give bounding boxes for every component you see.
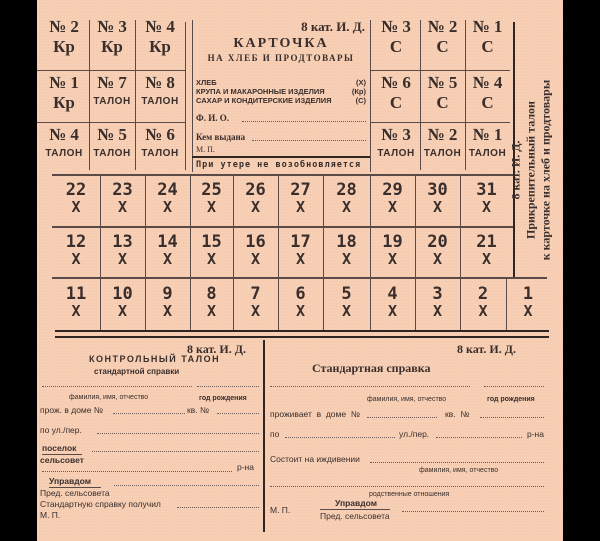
fio-label: Ф. И. О. — [196, 113, 229, 123]
day-coupon-18: 18Х — [323, 228, 370, 267]
day-coupon-17: 17Х — [278, 228, 323, 267]
day-coupon-25: 25Х — [190, 176, 233, 215]
product-legend: ХЛЕБ(Х) КРУПА И МАКАРОННЫЕ ИЗДЕЛИЯ(Кр) С… — [196, 78, 366, 105]
day-coupon-24: 24Х — [145, 176, 190, 215]
certificate-place-field[interactable] — [285, 437, 395, 438]
attachment-stub-line1: Прикрепительный талон — [524, 80, 539, 260]
day-coupon-8: 8Х — [190, 280, 233, 319]
day-coupon-11: 11Х — [52, 280, 100, 319]
certificate-signature-field[interactable] — [402, 511, 544, 512]
certificate-dependent-caption: фамилия, имя, отчество — [419, 467, 498, 474]
coupon-talon-2-right: № 2ТАЛОН — [420, 122, 465, 159]
coupon-kr-1: № 1Кр — [39, 70, 89, 111]
control-fio-caption: фамилия, имя, отчество — [69, 394, 148, 401]
day-coupon-30: 30Х — [415, 176, 460, 215]
day-coupon-20: 20Х — [415, 228, 460, 267]
control-stub-title: КОНТРОЛЬНЫЙ ТАЛОН — [89, 354, 220, 364]
control-stub-subtitle: стандартной справки — [94, 367, 179, 376]
day-coupon-21: 21Х — [460, 228, 513, 267]
day-coupon-16: 16Х — [233, 228, 278, 267]
coupon-s-3: № 3С — [373, 14, 419, 55]
certificate-apt-field[interactable] — [480, 417, 544, 418]
certificate-title: Стандартная справка — [312, 361, 430, 376]
day-coupon-9: 9Х — [145, 280, 190, 319]
control-house-field[interactable] — [113, 413, 185, 414]
coupon-talon-5: № 5ТАЛОН — [89, 122, 135, 159]
control-street-field[interactable] — [97, 433, 259, 434]
day-coupon-22: 22Х — [52, 176, 100, 215]
control-apt-label: кв. № — [187, 405, 209, 415]
day-coupon-10: 10Х — [100, 280, 145, 319]
coupon-talon-3-right: № 3ТАЛОН — [373, 122, 419, 159]
fio-field[interactable] — [242, 121, 366, 122]
certificate-birth-field[interactable] — [484, 386, 544, 387]
control-birth-caption: год рождения — [199, 395, 247, 402]
coupon-talon-7: № 7ТАЛОН — [89, 70, 135, 107]
day-coupon-1: 1Х — [506, 280, 550, 319]
certificate-lives-label: проживает в доме № — [270, 409, 360, 419]
card-subtitle: НА ХЛЕБ И ПРОДТОВАРЫ — [195, 53, 367, 63]
certificate-relation-field[interactable] — [270, 486, 544, 487]
day-coupon-29: 29Х — [370, 176, 415, 215]
coupon-kr-3: № 3Кр — [89, 14, 135, 55]
control-received-label: Стандартную справку получил — [40, 499, 161, 509]
certificate-apt-label: кв. № — [445, 409, 469, 419]
certificate-dependent-field[interactable] — [370, 462, 544, 463]
day-coupon-13: 13Х — [100, 228, 145, 267]
coupon-s-2: № 2С — [420, 14, 465, 55]
control-apt-field[interactable] — [217, 413, 259, 414]
attachment-stub: 8 кат. И. Д. Прикрепительный талон к кар… — [503, 20, 559, 320]
certificate-chair-label: Пред. сельсовета — [320, 511, 390, 521]
control-settlement-label: поселок — [42, 443, 82, 455]
day-coupon-4: 4Х — [370, 280, 415, 319]
control-signature-field[interactable] — [114, 485, 259, 486]
coupon-s-6: № 6С — [373, 70, 419, 111]
control-settlement-field[interactable] — [92, 451, 259, 452]
certificate-by-label: по — [270, 429, 279, 439]
control-manager-label: Управдом — [49, 476, 101, 488]
issued-by-field[interactable] — [252, 140, 366, 141]
day-coupon-12: 12Х — [52, 228, 100, 267]
day-coupon-3: 3Х — [415, 280, 460, 319]
control-chair-label: Пред. сельсовета — [40, 488, 110, 498]
control-district-label: р-на — [237, 462, 254, 472]
day-coupon-27: 27Х — [278, 176, 323, 215]
certificate-category: 8 кат. И. Д. — [457, 342, 516, 357]
control-street-label: по ул./пер. — [40, 425, 82, 435]
day-coupon-6: 6Х — [278, 280, 323, 319]
day-coupon-5: 5Х — [323, 280, 370, 319]
certificate-fio-field[interactable] — [270, 386, 470, 387]
control-district-field[interactable] — [42, 471, 232, 472]
control-stamp-label: М. П. — [40, 510, 60, 520]
certificate-birth-caption: год рождения — [487, 396, 535, 403]
certificate-fio-caption: фамилия, имя, отчество — [367, 396, 446, 403]
certificate-manager-label: Управдом — [335, 498, 377, 508]
control-birth-field[interactable] — [197, 386, 259, 387]
coupon-s-5: № 5С — [420, 70, 465, 111]
certificate-relation-caption: родственные отношения — [369, 491, 449, 498]
day-coupon-19: 19Х — [370, 228, 415, 267]
certificate-street-field[interactable] — [436, 437, 522, 438]
certificate-dependent-label: Состоит на иждивении — [270, 454, 360, 464]
day-coupon-14: 14Х — [145, 228, 190, 267]
certificate-district-label: р-на — [527, 429, 544, 439]
loss-notice: При утере не возобновляется — [196, 160, 361, 170]
card-title: КАРТОЧКА — [195, 36, 367, 52]
day-coupon-15: 15Х — [190, 228, 233, 267]
coupon-talon-4: № 4ТАЛОН — [39, 122, 89, 159]
control-fio-field[interactable] — [42, 386, 192, 387]
certificate-stamp-label: М. П. — [270, 505, 290, 515]
day-coupon-31: 31Х — [460, 176, 513, 215]
day-coupon-28: 28Х — [323, 176, 370, 215]
certificate-street-label: ул./пер. — [399, 429, 429, 439]
day-coupon-2: 2Х — [460, 280, 506, 319]
coupon-kr-2: № 2Кр — [39, 14, 89, 55]
day-coupon-7: 7Х — [233, 280, 278, 319]
certificate-house-field[interactable] — [367, 417, 437, 418]
card-category: 8 кат. И. Д. — [301, 19, 365, 34]
coupon-talon-8: № 8ТАЛОН — [135, 70, 185, 107]
control-village-council-label: сельсовет — [40, 455, 84, 465]
control-house-label: прож. в доме № — [40, 405, 103, 415]
attachment-stub-line2: к карточке на хлеб и продтовары — [539, 80, 554, 260]
ration-card-sheet: № 2Кр № 3Кр № 4Кр № 1Кр № 7ТАЛОН № 8ТАЛО… — [37, 0, 563, 541]
coupon-kr-4: № 4Кр — [135, 14, 185, 55]
day-coupon-26: 26Х — [233, 176, 278, 215]
stamp-label: М. П. — [196, 145, 215, 154]
issued-by-label: Кем выдана — [196, 132, 245, 142]
control-received-field[interactable] — [177, 507, 259, 508]
day-coupon-23: 23Х — [100, 176, 145, 215]
coupon-talon-6: № 6ТАЛОН — [135, 122, 185, 159]
